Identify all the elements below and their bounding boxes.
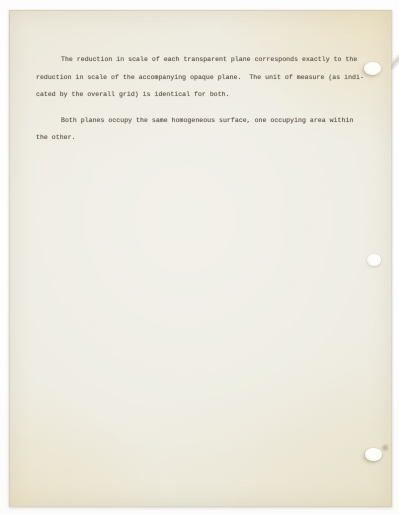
page-curl-mark [391,54,399,71]
typewritten-line: The reduction in scale of each transpare… [36,51,383,69]
typewritten-line: the other. [36,129,383,147]
scanned-page: The reduction in scale of each transpare… [9,10,392,507]
typewritten-line: reduction in scale of the accompanying o… [36,69,383,87]
typewritten-line: cated by the overall grid) is identical … [36,86,383,104]
hole-reinforcement-middle [367,254,381,266]
stain-mark [381,444,390,452]
paragraph: Both planes occupy the same homogeneous … [36,112,383,147]
hole-reinforcement-bottom [365,448,382,461]
scan-background: The reduction in scale of each transpare… [0,0,399,515]
typewritten-line: Both planes occupy the same homogeneous … [36,112,383,130]
hole-reinforcement-top [364,62,381,75]
typewritten-text-block: The reduction in scale of each transpare… [36,51,383,147]
paragraph: The reduction in scale of each transpare… [36,51,383,104]
